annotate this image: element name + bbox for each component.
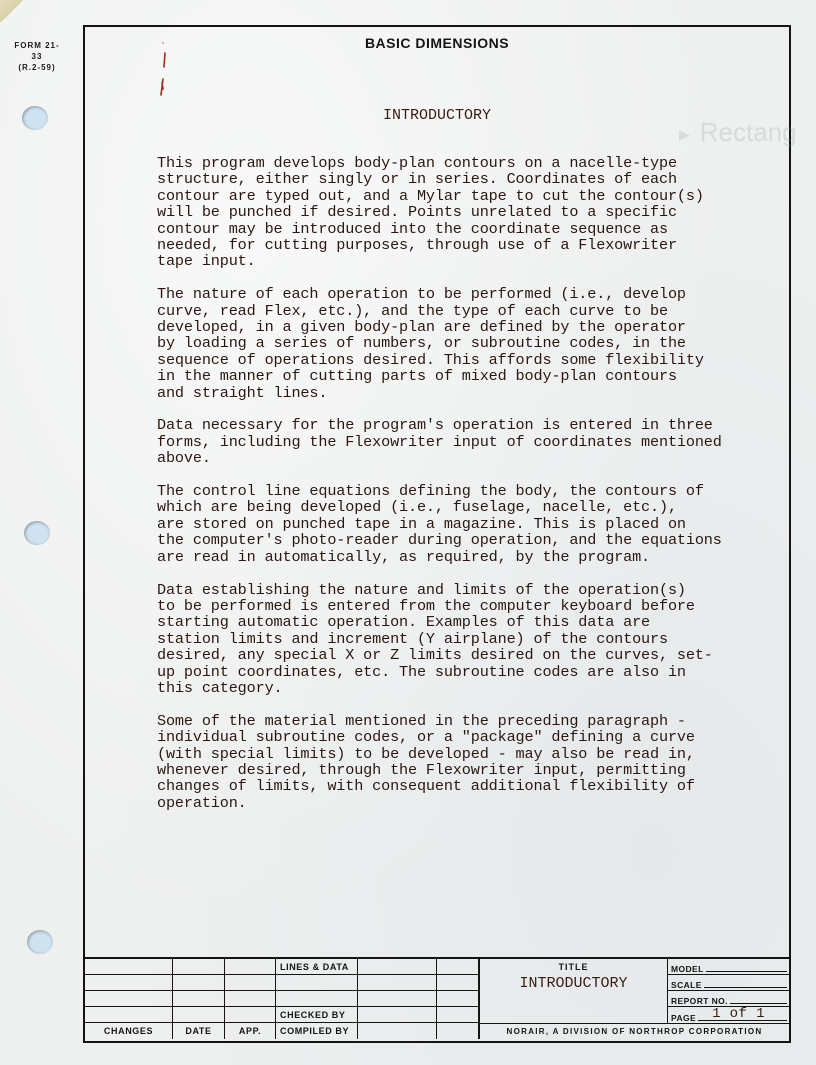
date-cell xyxy=(173,991,225,1007)
signature-cell xyxy=(358,959,437,975)
section-header: BASIC DIMENSIONS xyxy=(85,35,789,51)
title-label: TITLE xyxy=(480,962,667,972)
model-label: MODEL xyxy=(671,964,704,974)
company-name: NORAIR, A DIVISION OF NORTHROP CORPORATI… xyxy=(480,1023,789,1039)
date-cell xyxy=(173,1007,225,1023)
drawing-frame: BASIC DIMENSIONS ▶Rectang INTRODUCTORY T… xyxy=(83,25,791,1043)
app-cell xyxy=(225,975,276,991)
app-label: APP. xyxy=(225,1023,276,1039)
punch-hole-icon xyxy=(24,521,50,545)
signature-date-cell xyxy=(437,959,480,975)
title-value: INTRODUCTORY xyxy=(480,975,667,992)
signature-cell xyxy=(358,975,437,991)
changes-cell xyxy=(85,991,173,1007)
app-cell xyxy=(225,991,276,1007)
document-title: INTRODUCTORY xyxy=(85,107,789,124)
signature-cell xyxy=(358,1023,437,1039)
compiled-by-label: COMPILED BY xyxy=(276,1023,358,1039)
report-no-value xyxy=(730,991,787,1004)
date-cell xyxy=(173,975,225,991)
form-revision: (R.2-59) xyxy=(12,62,62,73)
punch-hole-icon xyxy=(27,930,53,954)
scale-row: SCALE xyxy=(667,975,789,991)
folded-corner xyxy=(0,0,24,22)
lines-data-label: LINES & DATA xyxy=(276,959,358,975)
report-no-label: REPORT NO. xyxy=(671,996,728,1006)
form-number-block: FORM 21-33 (R.2-59) xyxy=(12,40,62,73)
role-cell xyxy=(276,975,358,991)
punch-hole-icon xyxy=(22,106,48,130)
changes-cell xyxy=(85,959,173,975)
date-cell xyxy=(173,959,225,975)
title-cell: TITLE INTRODUCTORY xyxy=(480,959,668,1023)
changes-cell xyxy=(85,1007,173,1023)
scale-label: SCALE xyxy=(671,980,702,990)
paragraph: Data establishing the nature and limits … xyxy=(157,582,777,697)
paragraph: The nature of each operation to be perfo… xyxy=(157,286,777,401)
changes-label: CHANGES xyxy=(85,1023,173,1039)
page-value: 1 of 1 xyxy=(698,1008,787,1021)
ink-smudge-icon xyxy=(159,39,167,97)
checked-by-label: CHECKED BY xyxy=(276,1007,358,1023)
role-cell xyxy=(276,991,358,1007)
scale-value xyxy=(704,975,787,988)
app-cell xyxy=(225,959,276,975)
signature-date-cell xyxy=(437,1007,480,1023)
changes-cell xyxy=(85,975,173,991)
paragraph: This program develops body-plan contours… xyxy=(157,155,777,270)
signature-cell xyxy=(358,1007,437,1023)
app-cell xyxy=(225,1007,276,1023)
page-row: PAGE 1 of 1 xyxy=(667,1007,789,1023)
revision-grid: LINES & DATA CHECKED BY CHA xyxy=(85,959,480,1039)
signature-date-cell xyxy=(437,991,480,1007)
report-no-row: REPORT NO. xyxy=(667,991,789,1007)
sheet-info: MODEL SCALE REPORT NO. PAGE 1 of 1 xyxy=(667,959,789,1023)
document-body: This program develops body-plan contours… xyxy=(157,155,777,828)
model-value xyxy=(706,959,787,972)
date-label: DATE xyxy=(173,1023,225,1039)
paragraph: Some of the material mentioned in the pr… xyxy=(157,713,777,811)
page-label: PAGE xyxy=(671,1013,696,1023)
cursor-arrow-icon: ▶ xyxy=(679,126,690,142)
signature-cell xyxy=(358,991,437,1007)
signature-date-cell xyxy=(437,1023,480,1039)
title-block: LINES & DATA CHECKED BY CHA xyxy=(85,957,789,1041)
paragraph: The control line equations defining the … xyxy=(157,483,777,565)
paragraph: Data necessary for the program's operati… xyxy=(157,417,777,466)
form-number: FORM 21-33 xyxy=(12,40,62,62)
signature-date-cell xyxy=(437,975,480,991)
model-row: MODEL xyxy=(667,959,789,975)
